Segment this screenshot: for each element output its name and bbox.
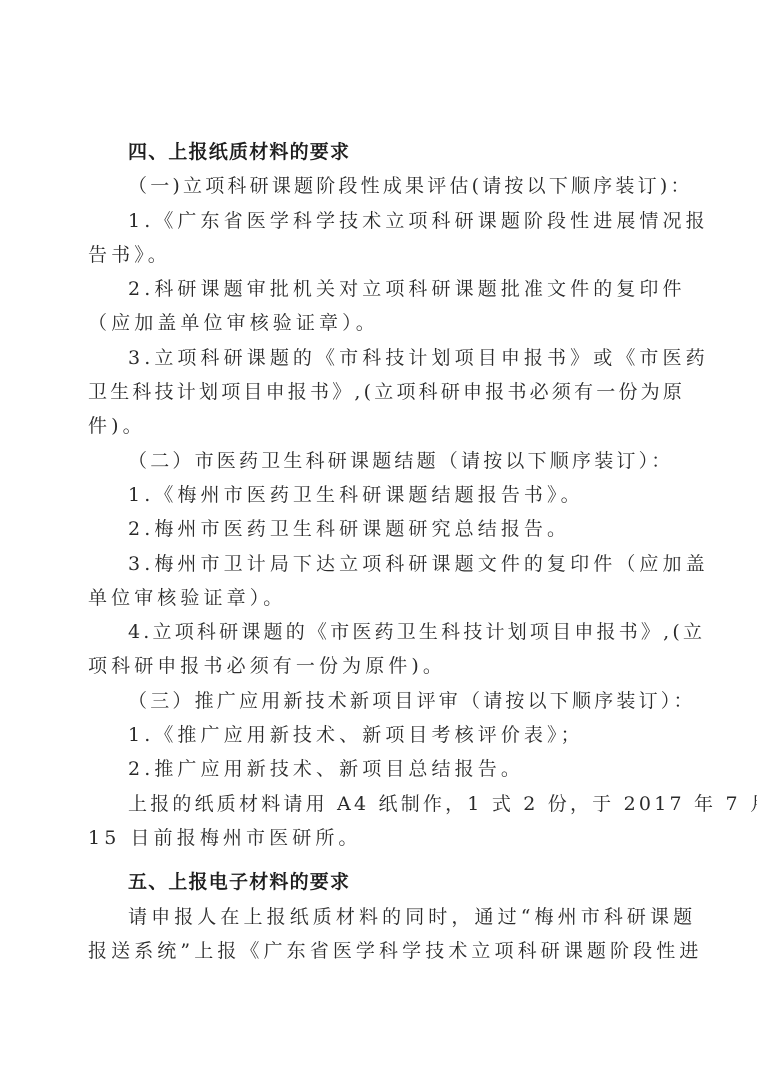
sub2-item-3-line-2: 单位审核验证章）。 xyxy=(88,581,662,615)
subsection-3-title: （三）推广应用新技术新项目评审（请按以下顺序装订）： xyxy=(88,684,662,718)
sub2-item-2: 2.梅州市医药卫生科研课题研究总结报告。 xyxy=(88,512,662,546)
sub1-item-1-line-2: 告书》。 xyxy=(88,238,662,272)
sub1-item-2-line-1: 2.科研课题审批机关对立项科研课题批准文件的复印件 xyxy=(88,272,662,306)
sub2-item-1: 1.《梅州市医药卫生科研课题结题报告书》。 xyxy=(88,478,662,512)
sub1-item-3-line-1: 3.立项科研课题的《市科技计划项目申报书》或《市医药 xyxy=(88,341,662,375)
sub2-item-3-line-1: 3.梅州市卫计局下达立项科研课题文件的复印件（应加盖 xyxy=(88,547,662,581)
document-page: 四、上报纸质材料的要求 （一)立项科研课题阶段性成果评估(请按以下顺序装订)： … xyxy=(88,135,662,968)
sub3-item-1: 1.《推广应用新技术、新项目考核评价表》； xyxy=(88,718,662,752)
paper-materials-note-line-2: 15 日前报梅州市医研所。 xyxy=(88,821,662,855)
sub1-item-2-line-2: （应加盖单位审核验证章）。 xyxy=(88,306,662,340)
sub3-item-2: 2.推广应用新技术、新项目总结报告。 xyxy=(88,752,662,786)
sub2-item-4-line-2: 项科研申报书必须有一份为原件)。 xyxy=(88,649,662,683)
paper-materials-note-line-1: 上报的纸质材料请用 A4 纸制作，1 式 2 份，于 2017 年 7 月 xyxy=(88,787,662,821)
subsection-1-title: （一)立项科研课题阶段性成果评估(请按以下顺序装订)： xyxy=(88,169,662,203)
sub1-item-3-line-3: 件)。 xyxy=(88,409,662,443)
sub1-item-1-line-1: 1.《广东省医学科学技术立项科研课题阶段性进展情况报 xyxy=(88,204,662,238)
subsection-2-title: （二）市医药卫生科研课题结题（请按以下顺序装订）： xyxy=(88,444,662,478)
sub2-item-4-line-1: 4.立项科研课题的《市医药卫生科技计划项目申报书》,(立 xyxy=(88,615,662,649)
section-5-heading: 五、上报电子材料的要求 xyxy=(88,865,662,899)
sub1-item-3-line-2: 卫生科技计划项目申报书》,(立项科研申报书必须有一份为原 xyxy=(88,375,662,409)
section-4-heading: 四、上报纸质材料的要求 xyxy=(88,135,662,169)
electronic-materials-para-line-1: 请申报人在上报纸质材料的同时，通过“梅州市科研课题 xyxy=(88,900,662,934)
electronic-materials-para-line-2: 报送系统”上报《广东省医学科学技术立项科研课题阶段性进 xyxy=(88,934,662,968)
